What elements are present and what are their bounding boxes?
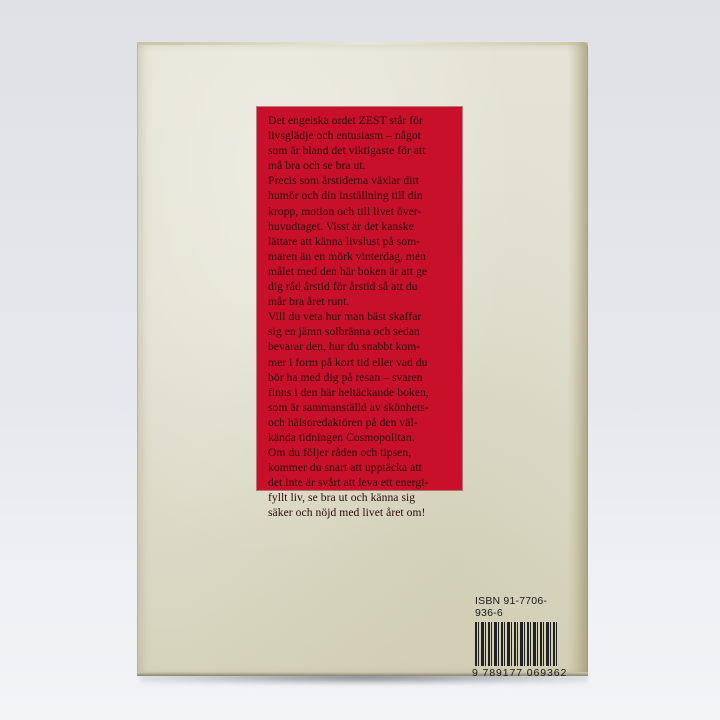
blurb-line: maren än en mörk vinterdag, men (268, 249, 462, 264)
ean-number: 9 789177 069362 (472, 667, 560, 679)
blurb-line: fyllt liv, se bra ut och känna sig (268, 490, 462, 505)
blurb-line: bevarar den, hur du snabbt kom- (268, 339, 462, 354)
blurb-line: och hälsoredaktören på den väl- (268, 415, 462, 430)
blurb-line: bör ha med dig på resan – svaren (268, 370, 462, 385)
blurb-line: kropp, motion och till livet över- (268, 204, 462, 219)
blurb-panel: Det engelska ordet ZEST står för livsglä… (257, 107, 462, 490)
blurb-line: dig råd årstid för årstid så att du (268, 279, 462, 294)
cover-spine-edge (568, 42, 588, 676)
blurb-line: som är sammanställd av skönhets- (268, 400, 462, 415)
blurb-line: kända tidningen Cosmopolitan. (268, 430, 462, 445)
blurb-line: mer i form på kort tid eller vad du (268, 355, 462, 370)
book-back-cover: Det engelska ordet ZEST står för livsglä… (137, 42, 588, 676)
isbn-label: ISBN 91-7706-936-6 (472, 595, 560, 619)
blurb-line: livsglädje och entusiasm – något (268, 128, 462, 143)
blurb-line: säker och nöjd med livet året om! (268, 505, 462, 520)
blurb-line: målet med den här boken är att ge (268, 264, 462, 279)
blurb-line: sig en jämn solbränna och sedan (268, 324, 462, 339)
blurb-line: må bra och se bra ut. (268, 158, 462, 173)
blurb-line: Om du följer råden och tipsen, (268, 445, 462, 460)
cover-top-edge (137, 42, 588, 45)
blurb-line: finns i den här heltäckande boken, (268, 385, 462, 400)
blurb-line: humör och din inställning till din (268, 188, 462, 203)
blurb-line: det inte är svårt att leva ett energi- (268, 475, 462, 490)
blurb-line: Precis som årstiderna växlar ditt (268, 173, 462, 188)
blurb-line: kommer du snart att upptäcka att (268, 460, 462, 475)
blurb-line: Det engelska ordet ZEST står för (268, 113, 462, 128)
blurb-line: huvudtaget. Visst är det kanske (268, 219, 462, 234)
blurb-text: Det engelska ordet ZEST står för livsglä… (257, 107, 462, 521)
blurb-line: mår bra året runt. (268, 294, 462, 309)
blurb-line: Vill du veta hur man bäst skaffar (268, 309, 462, 324)
blurb-line: lättare att känna livslust på som- (268, 234, 462, 249)
blurb-line: som är bland det viktigaste för att (268, 143, 462, 158)
barcode-bars-icon (475, 622, 557, 666)
barcode-block: ISBN 91-7706-936-6 9 789177 069362 (472, 595, 560, 665)
